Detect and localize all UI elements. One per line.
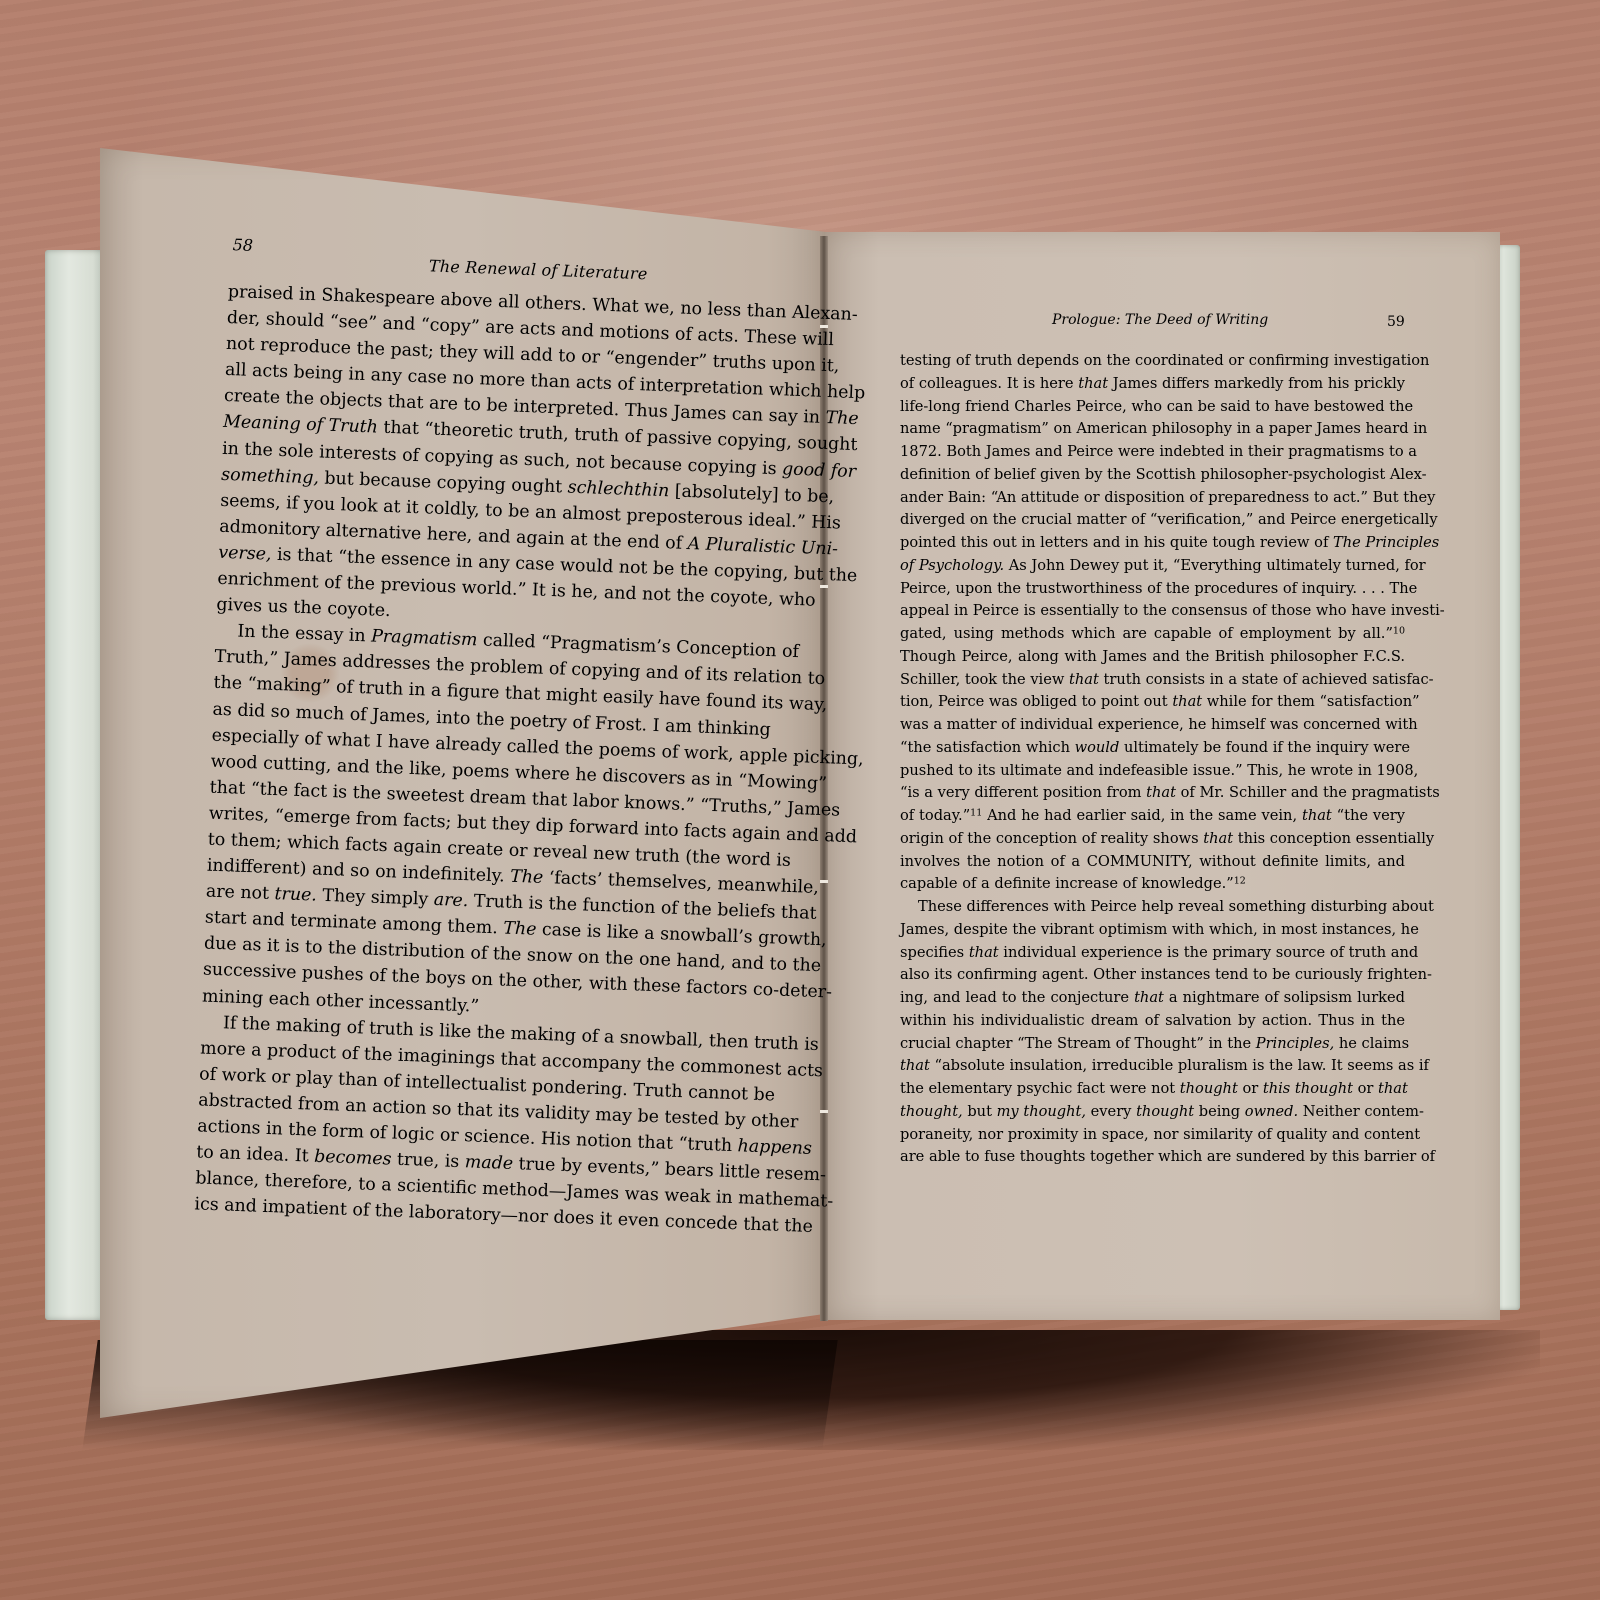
text-line: within his individualistic dream of salv… [900,1010,1405,1033]
text-line: origin of the conception of reality show… [900,828,1405,851]
text-line: Though Peirce, along with James and the … [900,646,1405,669]
text-line: “is a very different position from that … [900,782,1405,805]
book-cover-left-edge [45,250,105,1320]
text-line: poraneity, nor proximity in space, nor s… [900,1124,1405,1147]
text-line: Peirce, upon the trustworthiness of the … [900,578,1405,601]
text-line: are able to fuse thoughts together which… [900,1146,1405,1169]
text-line: crucial chapter “The Stream of Thought” … [900,1033,1405,1056]
binding-stitch [820,1110,828,1113]
text-line: “the satisfaction which would ultimately… [900,737,1405,760]
text-line: life-long friend Charles Peirce, who can… [900,396,1405,419]
text-line: James, despite the vibrant optimism with… [900,919,1405,942]
text-line: definition of belief given by the Scotti… [900,464,1405,487]
text-line: ander Bain: “An attitude or disposition … [900,487,1405,510]
text-line: pushed to its ultimate and indefeasible … [900,760,1405,783]
text-line: involves the notion of a COMMUNITY, with… [900,851,1405,874]
text-line: thought, but my thought, every thought b… [900,1101,1405,1124]
text-line: specifies that individual experience is … [900,942,1405,965]
text-line: was a matter of individual experience, h… [900,714,1405,737]
text-line: diverged on the crucial matter of “verif… [900,509,1405,532]
text-line: the elementary psychic fact were not tho… [900,1078,1405,1101]
text-line: tion, Peirce was obliged to point out th… [900,691,1405,714]
text-line: of today.”11 And he had earlier said, in… [900,805,1405,828]
text-line: of Psychology. As John Dewey put it, “Ev… [900,555,1405,578]
text-line: that “absolute insulation, irreducible p… [900,1055,1405,1078]
page-number: 59 [1387,314,1405,330]
text-line: Schiller, took the view that truth consi… [900,669,1405,692]
text-line: of colleagues. It is here that James dif… [900,373,1405,396]
text-line: pointed this out in letters and in his q… [900,532,1405,555]
text-line: 1872. Both James and Peirce were indebte… [900,441,1405,464]
running-head: Prologue: The Deed of Writing [1052,312,1268,328]
binding-stitch [820,880,828,883]
text-line: These differences with Peirce help revea… [900,896,1405,919]
binding-stitch [820,325,828,328]
text-line: ing, and lead to the conjecture that a n… [900,987,1405,1010]
page-number: 58 [232,235,253,255]
text-line: name “pragmatism” on American philosophy… [900,418,1405,441]
text-line: appeal in Peirce is essentially to the c… [900,600,1405,623]
binding-stitch [820,585,828,588]
text-line: capable of a definite increase of knowle… [900,873,1405,896]
text-line: also its confirming agent. Other instanc… [900,964,1405,987]
left-page-body-text: praised in Shakespeare above all others.… [194,279,776,1238]
text-line: testing of truth depends on the coordina… [900,350,1405,373]
right-page-body-text: testing of truth depends on the coordina… [900,350,1405,1169]
text-line: gated, using methods which are capable o… [900,623,1405,646]
